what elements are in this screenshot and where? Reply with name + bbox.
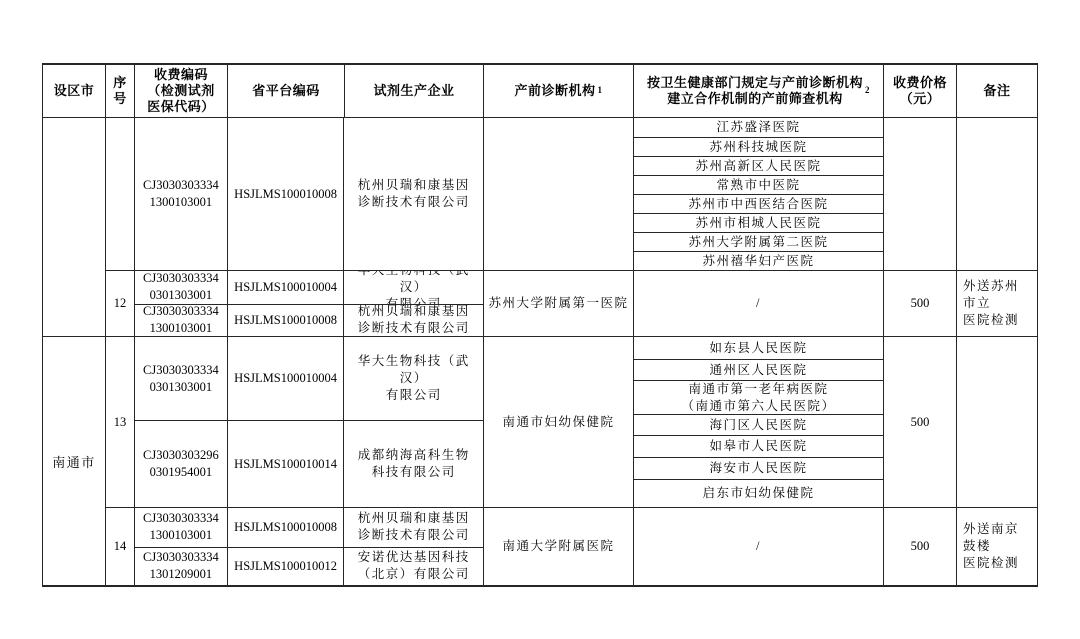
screening-institution: 苏州市中西医结合医院 (688, 196, 828, 212)
fee-code: CJ3030303334 1300103001 (143, 305, 219, 337)
manufacturer-name: 杭州贝瑞和康基因 诊断技术有限公司 (358, 305, 470, 337)
header-cell: 序 号 (106, 65, 135, 117)
platform-code: HSJLMS100010008 (234, 519, 337, 536)
manufacturer-cell: 杭州贝瑞和康基因 诊断技术有限公司 (344, 508, 483, 547)
platform-code: HSJLMS100010012 (234, 558, 337, 575)
price-cell: 500 (884, 337, 957, 507)
manufacturer-cell: 杭州贝瑞和康基因 诊断技术有限公司 (344, 305, 483, 337)
screening-institution: 海安市人民医院 (709, 460, 807, 476)
header-cell: 备注 (957, 65, 1037, 117)
header-superscript: 2 (865, 85, 870, 96)
header-label: 试剂生产企业 (373, 83, 454, 99)
reagent-row: CJ3030303334 1300103001HSJLMS100010008杭州… (135, 508, 483, 547)
screening-institution: / (756, 295, 761, 311)
screening-institution: 通州区人民医院 (709, 362, 807, 378)
manufacturer-cell: 华大生物科技（武汉） 有限公司 (344, 271, 483, 304)
fee-code-cell: CJ3030303334 0301303001 (135, 337, 228, 420)
screening-institution: 常熟市中医院 (716, 177, 800, 193)
city-cell: 南通市 (43, 337, 106, 585)
row-block: CJ3030303334 1300103001HSJLMS100010008杭州… (106, 118, 1037, 270)
fee-code-cell: CJ3030303334 1300103001 (135, 305, 228, 337)
remark-text: 外送苏州市立 医院检测 (963, 278, 1031, 329)
screening-institution-cell: / (634, 271, 883, 336)
screening-institution-cell: 苏州科技城医院 (634, 137, 883, 156)
table-body: CJ3030303334 1300103001HSJLMS100010008杭州… (43, 118, 1037, 585)
fee-code: CJ3030303334 0301303001 (143, 271, 219, 304)
reagent-row: CJ3030303334 1300103001HSJLMS100010008杭州… (135, 118, 483, 270)
header-label: 收费编码 （检测试剂 医保代码） (147, 67, 215, 116)
screening-institution: 苏州市相城人民医院 (695, 215, 821, 231)
screening-institution: 苏州禧华妇产医院 (702, 253, 814, 269)
header-cell: 省平台编码 (228, 65, 345, 117)
screening-institution: 海门区人民医院 (709, 417, 807, 433)
screening-institution-cell: / (634, 508, 883, 585)
screening-stack: / (634, 508, 884, 585)
diagnosis-institution-cell: 苏州大学附属第一医院 (484, 271, 634, 336)
remark-cell: 外送苏州市立 医院检测 (957, 271, 1037, 336)
row-number: 12 (114, 295, 127, 312)
number-cell: 12 (106, 271, 135, 336)
screening-institution-cell: 如皋市人民医院 (634, 435, 883, 457)
manufacturer-name: 安诺优达基因科技 （北京）有限公司 (358, 549, 470, 583)
fee-code: CJ3030303334 1300103001 (143, 177, 219, 211)
platform-code: HSJLMS100010004 (234, 370, 337, 387)
row-block: 14CJ3030303334 1300103001HSJLMS100010008… (106, 507, 1037, 585)
manufacturer-cell: 华大生物科技（武汉） 有限公司 (344, 337, 483, 420)
city-group: CJ3030303334 1300103001HSJLMS100010008杭州… (43, 118, 1037, 336)
platform-code: HSJLMS100010008 (234, 312, 337, 329)
number-cell: 14 (106, 508, 135, 585)
remark-cell (957, 337, 1037, 507)
row-number: 13 (114, 414, 127, 431)
row-number: 14 (114, 538, 127, 555)
fee-code-cell: CJ3030303296 0301954001 (135, 421, 228, 507)
city-name: 南通市 (52, 452, 96, 471)
city-group: 南通市13CJ3030303334 0301303001HSJLMS100010… (43, 336, 1037, 585)
group-blocks: CJ3030303334 1300103001HSJLMS100010008杭州… (106, 118, 1037, 336)
header-cell: 收费价格 （元） (884, 65, 957, 117)
diagnosis-institution-cell: 南通大学附属医院 (484, 508, 634, 585)
manufacturer-name: 杭州贝瑞和康基因 诊断技术有限公司 (358, 510, 470, 544)
platform-code-cell: HSJLMS100010008 (228, 508, 345, 547)
fee-code: CJ3030303334 0301303001 (143, 362, 219, 396)
platform-code-cell: HSJLMS100010008 (228, 118, 345, 270)
platform-code-cell: HSJLMS100010014 (228, 421, 345, 507)
diagnosis-institution-cell: 南通市妇幼保健院 (484, 337, 634, 507)
reagent-stack: CJ3030303334 1300103001HSJLMS100010008杭州… (135, 508, 484, 585)
price-value: 500 (911, 414, 930, 431)
screening-institution: 如东县人民医院 (709, 340, 807, 356)
screening-institution: 苏州大学附属第二医院 (688, 234, 828, 250)
screening-institution-cell: 通州区人民医院 (634, 359, 883, 380)
screening-institution: / (756, 538, 761, 554)
reagent-row: CJ3030303334 0301303001HSJLMS100010004华大… (135, 337, 483, 420)
price-cell (884, 118, 957, 270)
header-cell: 设区市 (43, 65, 106, 117)
remark-cell: 外送南京鼓楼 医院检测 (957, 508, 1037, 585)
row-block: 13CJ3030303334 0301303001HSJLMS100010004… (106, 337, 1037, 507)
fee-code: CJ3030303296 0301954001 (143, 447, 219, 481)
screening-stack: 如东县人民医院通州区人民医院南通市第一老年病医院 （南通市第六人民医院）海门区人… (634, 337, 884, 507)
screening-institution-cell: 苏州市中西医结合医院 (634, 194, 883, 213)
fee-code: CJ3030303334 1301209001 (143, 549, 219, 583)
price-value: 500 (911, 538, 930, 555)
diagnosis-institution-cell (484, 118, 634, 270)
platform-code: HSJLMS100010008 (234, 186, 337, 203)
number-cell (106, 118, 135, 270)
header-cell: 产前诊断机构1 (484, 65, 634, 117)
screening-institution-cell: 苏州禧华妇产医院 (634, 251, 883, 270)
diagnosis-institution: 苏州大学附属第一医院 (488, 295, 628, 312)
reagent-row: CJ3030303334 1300103001HSJLMS100010008杭州… (135, 304, 483, 337)
reagent-row: CJ3030303296 0301954001HSJLMS100010014成都… (135, 420, 483, 507)
header-cell: 按卫生健康部门规定与产前诊断机构 建立合作机制的产前筛查机构2 (634, 65, 884, 117)
manufacturer-cell: 安诺优达基因科技 （北京）有限公司 (344, 548, 483, 586)
header-label: 设区市 (54, 83, 95, 99)
manufacturer-name: 杭州贝瑞和康基因 诊断技术有限公司 (358, 177, 470, 211)
manufacturer-cell: 成都纳海高科生物 科技有限公司 (344, 421, 483, 507)
screening-institution-cell: 常熟市中医院 (634, 175, 883, 194)
screening-institution-cell: 南通市第一老年病医院 （南通市第六人民医院） (634, 380, 883, 414)
screening-institution-cell: 启东市妇幼保健院 (634, 479, 883, 507)
diagnosis-institution: 南通大学附属医院 (502, 538, 614, 555)
header-cell: 收费编码 （检测试剂 医保代码） (135, 65, 228, 117)
reagent-stack: CJ3030303334 0301303001HSJLMS100010004华大… (135, 271, 484, 336)
screening-institution: 启东市妇幼保健院 (702, 485, 814, 501)
prenatal-screening-fee-table: 设区市序 号收费编码 （检测试剂 医保代码）省平台编码试剂生产企业产前诊断机构1… (42, 63, 1038, 587)
group-blocks: 13CJ3030303334 0301303001HSJLMS100010004… (106, 337, 1037, 585)
header-label: 省平台编码 (252, 83, 320, 99)
fee-code-cell: CJ3030303334 1301209001 (135, 548, 228, 586)
screening-institution-cell: 海门区人民医院 (634, 414, 883, 435)
fee-code-cell: CJ3030303334 1300103001 (135, 508, 228, 547)
header-cell: 试剂生产企业 (345, 65, 484, 117)
screening-institution-cell: 苏州高新区人民医院 (634, 156, 883, 175)
screening-institution: 苏州高新区人民医院 (695, 158, 821, 174)
fee-code-cell: CJ3030303334 0301303001 (135, 271, 228, 304)
screening-institution: 如皋市人民医院 (709, 438, 807, 454)
screening-institution-cell: 江苏盛泽医院 (634, 118, 883, 137)
screening-stack: 江苏盛泽医院苏州科技城医院苏州高新区人民医院常熟市中医院苏州市中西医结合医院苏州… (634, 118, 884, 270)
screening-institution-cell: 苏州市相城人民医院 (634, 213, 883, 232)
city-cell (43, 118, 106, 336)
platform-code-cell: HSJLMS100010004 (228, 337, 345, 420)
screening-institution: 江苏盛泽医院 (716, 119, 800, 135)
platform-code-cell: HSJLMS100010012 (228, 548, 345, 586)
header-superscript: 1 (598, 85, 603, 96)
fee-code: CJ3030303334 1300103001 (143, 510, 219, 544)
table-header-row: 设区市序 号收费编码 （检测试剂 医保代码）省平台编码试剂生产企业产前诊断机构1… (43, 65, 1037, 118)
number-cell: 13 (106, 337, 135, 507)
reagent-stack: CJ3030303334 0301303001HSJLMS100010004华大… (135, 337, 484, 507)
screening-institution: 南通市第一老年病医院 （南通市第六人民医院） (681, 381, 835, 414)
manufacturer-name: 华大生物科技（武汉） 有限公司 (344, 271, 483, 304)
price-cell: 500 (884, 271, 957, 336)
header-label: 收费价格 （元） (893, 75, 947, 108)
price-cell: 500 (884, 508, 957, 585)
screening-stack: / (634, 271, 884, 336)
diagnosis-institution: 南通市妇幼保健院 (502, 414, 614, 431)
platform-code-cell: HSJLMS100010004 (228, 271, 345, 304)
platform-code: HSJLMS100010004 (234, 279, 337, 296)
screening-institution: 苏州科技城医院 (709, 139, 807, 155)
header-label: 序 号 (113, 75, 127, 108)
reagent-row: CJ3030303334 0301303001HSJLMS100010004华大… (135, 271, 483, 304)
screening-institution-cell: 苏州大学附属第二医院 (634, 232, 883, 251)
manufacturer-name: 华大生物科技（武汉） 有限公司 (344, 353, 483, 404)
manufacturer-name: 成都纳海高科生物 科技有限公司 (358, 447, 470, 481)
platform-code: HSJLMS100010014 (234, 456, 337, 473)
header-label: 按卫生健康部门规定与产前诊断机构 建立合作机制的产前筛查机构 (647, 75, 863, 108)
fee-code-cell: CJ3030303334 1300103001 (135, 118, 228, 270)
row-block: 12CJ3030303334 0301303001HSJLMS100010004… (106, 270, 1037, 336)
screening-institution-cell: 海安市人民医院 (634, 457, 883, 479)
reagent-row: CJ3030303334 1301209001HSJLMS100010012安诺… (135, 547, 483, 586)
remark-text: 外送南京鼓楼 医院检测 (963, 521, 1031, 572)
platform-code-cell: HSJLMS100010008 (228, 305, 345, 337)
remark-cell (957, 118, 1037, 270)
price-value: 500 (911, 295, 930, 312)
header-label: 备注 (983, 83, 1010, 99)
manufacturer-cell: 杭州贝瑞和康基因 诊断技术有限公司 (344, 118, 483, 270)
screening-institution-cell: 如东县人民医院 (634, 337, 883, 359)
reagent-stack: CJ3030303334 1300103001HSJLMS100010008杭州… (135, 118, 484, 270)
header-label: 产前诊断机构 (514, 83, 595, 99)
